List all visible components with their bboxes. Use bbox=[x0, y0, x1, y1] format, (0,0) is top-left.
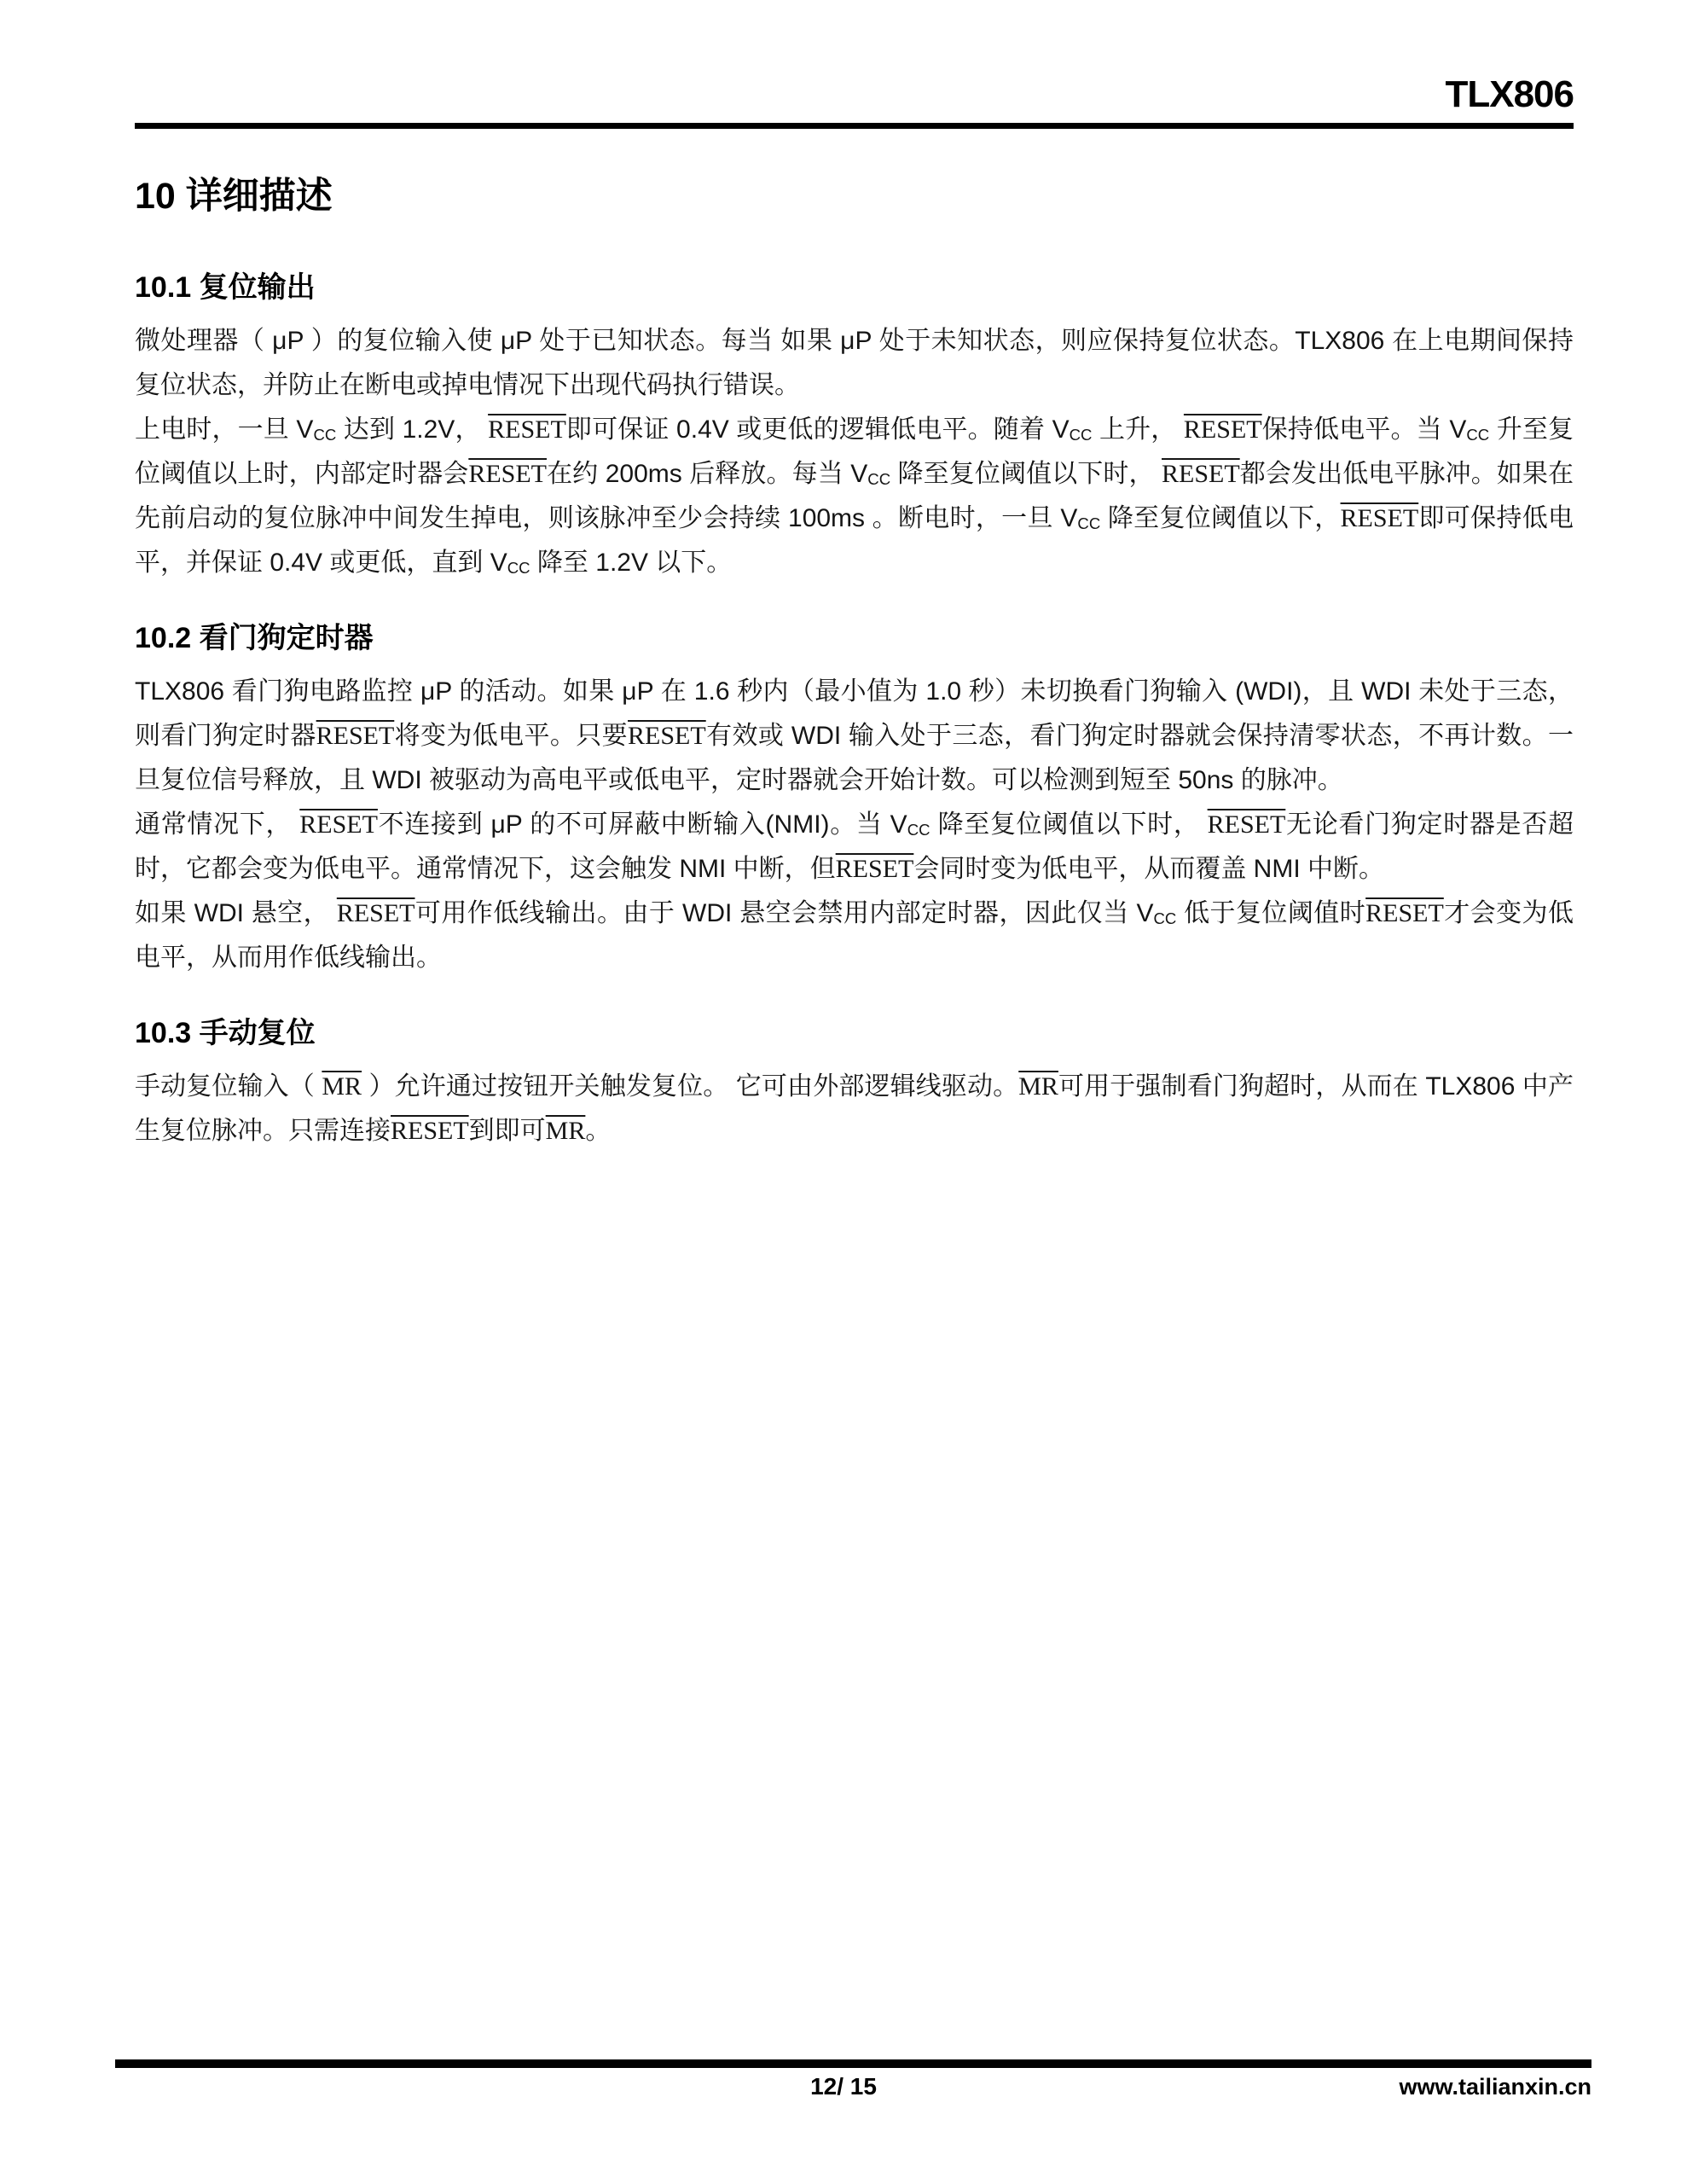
text-run: 通常情况下， bbox=[135, 810, 299, 839]
overlined-signal: RESET bbox=[1365, 899, 1444, 927]
subscript-symbol: VCC bbox=[296, 415, 336, 444]
overlined-signal: RESET bbox=[316, 722, 395, 750]
text-run: 微处理器（ μP ）的复位输入使 μP 处于已知状态。每当 如果 μP 处于未知… bbox=[135, 327, 1574, 399]
section: 10.1 复位输出微处理器（ μP ）的复位输入使 μP 处于已知状态。每当 如… bbox=[135, 264, 1574, 585]
subsection-heading: 10.1 复位输出 bbox=[135, 264, 1574, 305]
footer-divider bbox=[115, 2059, 1591, 2068]
text-run: 降至复位阈值以下， bbox=[1100, 504, 1340, 532]
paragraph: 手动复位输入（ MR ）允许通过按钮开关触发复位。 它可由外部逻辑线驱动。MR可… bbox=[135, 1065, 1574, 1153]
text-run: 上升， bbox=[1092, 415, 1183, 444]
datasheet-page: TLX806 10 详细描述 10.1 复位输出微处理器（ μP ）的复位输入使… bbox=[0, 0, 1687, 2184]
text-run: 降至 1.2V 以下。 bbox=[530, 549, 733, 577]
overlined-signal: RESET bbox=[836, 855, 914, 883]
text-run: 上电时，一旦 bbox=[135, 415, 296, 444]
subscript-symbol: VCC bbox=[1052, 415, 1093, 444]
subscript-symbol: VCC bbox=[1060, 504, 1100, 532]
subscript-symbol: VCC bbox=[850, 460, 890, 488]
text-run: 在约 200ms 后释放。每当 bbox=[547, 460, 850, 488]
subsection-heading: 10.3 手动复位 bbox=[135, 1009, 1574, 1051]
overlined-signal: MR bbox=[546, 1117, 586, 1145]
text-run: 可用作低线输出。由于 WDI 悬空会禁用内部定时器，因此仅当 bbox=[415, 899, 1136, 927]
paragraph: TLX806 看门狗电路监控 μP 的活动。如果 μP 在 1.6 秒内（最小值… bbox=[135, 670, 1574, 803]
text-run: 手动复位输入（ bbox=[135, 1072, 322, 1101]
text-run: 达到 1.2V， bbox=[336, 415, 488, 444]
subscript-symbol: VCC bbox=[490, 549, 530, 577]
subscript-symbol: VCC bbox=[890, 810, 930, 839]
website-link[interactable]: www.tailianxin.cn bbox=[1399, 2074, 1591, 2100]
paragraph: 通常情况下， RESET不连接到 μP 的不可屏蔽中断输入(NMI)。当 VCC… bbox=[135, 803, 1574, 892]
overlined-signal: MR bbox=[1018, 1072, 1058, 1101]
text-run: 即可保证 0.4V 或更低的逻辑低电平。随着 bbox=[566, 415, 1052, 444]
overlined-signal: RESET bbox=[299, 810, 378, 839]
overlined-signal: RESET bbox=[1208, 810, 1286, 839]
overlined-signal: RESET bbox=[391, 1117, 469, 1145]
section-10-heading: 10 详细描述 bbox=[135, 167, 1574, 219]
text-run: 。 bbox=[585, 1117, 611, 1145]
overlined-signal: MR bbox=[322, 1072, 362, 1101]
overlined-signal: RESET bbox=[1341, 504, 1419, 532]
text-run: ）允许通过按钮开关触发复位。 它可由外部逻辑线驱动。 bbox=[362, 1072, 1018, 1101]
section: 10.3 手动复位手动复位输入（ MR ）允许通过按钮开关触发复位。 它可由外部… bbox=[135, 1009, 1574, 1153]
subscript-symbol: VCC bbox=[1136, 899, 1176, 927]
overlined-signal: RESET bbox=[628, 722, 706, 750]
text-run: 将变为低电平。只要 bbox=[394, 722, 628, 750]
paragraph: 上电时，一旦 VCC 达到 1.2V， RESET即可保证 0.4V 或更低的逻… bbox=[135, 408, 1574, 585]
text-run: 低于复位阈值时 bbox=[1176, 899, 1365, 927]
text-run: 会同时变为低电平，从而覆盖 NMI 中断。 bbox=[913, 855, 1384, 883]
text-run: 不连接到 μP 的不可屏蔽中断输入(NMI)。当 bbox=[378, 810, 890, 839]
subscript-symbol: VCC bbox=[1449, 415, 1489, 444]
text-run: 降至复位阈值以下时， bbox=[890, 460, 1162, 488]
text-run: 保持低电平。当 bbox=[1262, 415, 1450, 444]
text-run: 到即可 bbox=[469, 1117, 546, 1145]
overlined-signal: RESET bbox=[1184, 415, 1262, 444]
overlined-signal: RESET bbox=[337, 899, 415, 927]
text-run: 如果 WDI 悬空， bbox=[135, 899, 337, 927]
overlined-signal: RESET bbox=[468, 460, 547, 488]
text-run: 降至复位阈值以下时， bbox=[930, 810, 1208, 839]
paragraph: 如果 WDI 悬空， RESET可用作低线输出。由于 WDI 悬空会禁用内部定时… bbox=[135, 892, 1574, 980]
main-content: 10 详细描述 10.1 复位输出微处理器（ μP ）的复位输入使 μP 处于已… bbox=[135, 0, 1574, 1153]
subsection-heading: 10.2 看门狗定时器 bbox=[135, 614, 1574, 656]
section: 10.2 看门狗定时器TLX806 看门狗电路监控 μP 的活动。如果 μP 在… bbox=[135, 614, 1574, 980]
sections-container: 10.1 复位输出微处理器（ μP ）的复位输入使 μP 处于已知状态。每当 如… bbox=[135, 264, 1574, 1153]
overlined-signal: RESET bbox=[488, 415, 566, 444]
paragraph: 微处理器（ μP ）的复位输入使 μP 处于已知状态。每当 如果 μP 处于未知… bbox=[135, 319, 1574, 408]
overlined-signal: RESET bbox=[1162, 460, 1240, 488]
